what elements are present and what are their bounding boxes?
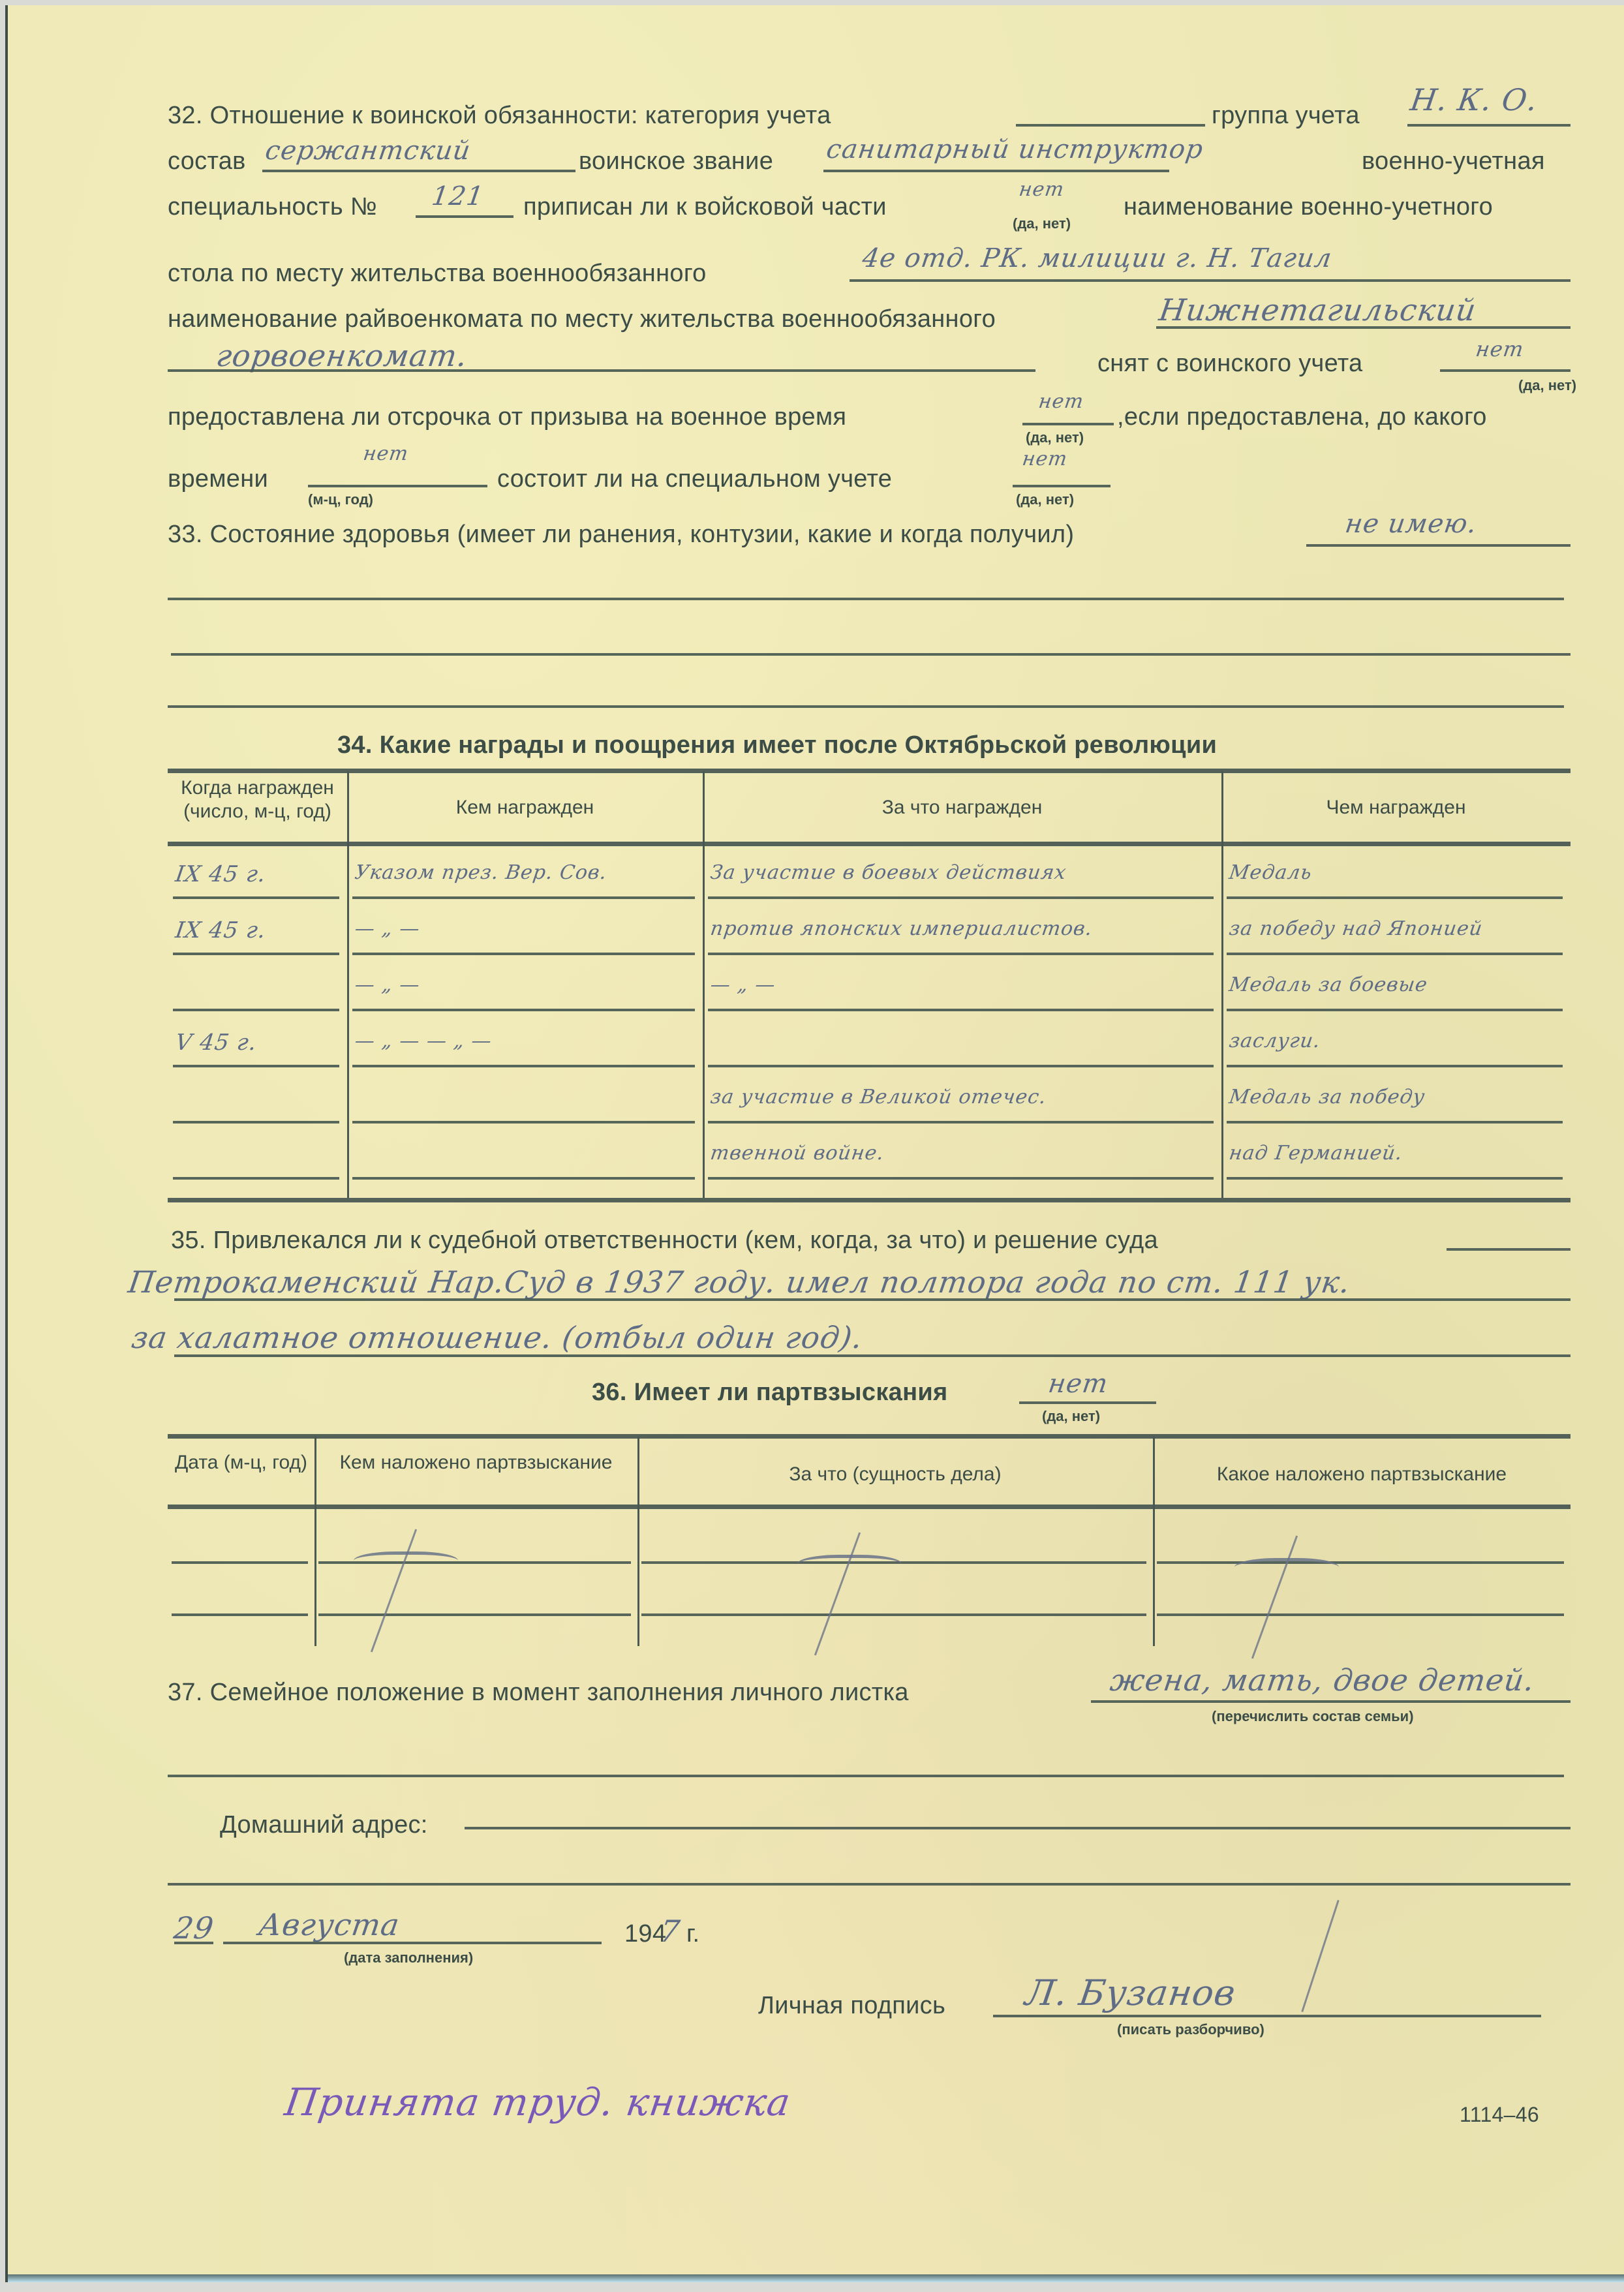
awards-cell-by: Указом през. Вер. Сов. [354, 861, 609, 884]
row-rule [708, 1177, 1214, 1180]
underline [1022, 423, 1114, 425]
s32-label-deferment: предоставлена ли отсрочка от призыва на … [168, 403, 846, 431]
row-rule [352, 1177, 695, 1180]
blank-line [168, 598, 1564, 600]
column-divider [347, 771, 349, 1198]
row-rule [708, 1121, 1214, 1123]
signature-hint: (писать разборчиво) [1117, 2021, 1264, 2038]
row-rule [708, 896, 1214, 899]
s32-label-unit: приписан ли к войсковой части [523, 193, 887, 221]
underline [1156, 326, 1570, 329]
row-rule [173, 896, 339, 899]
cross-out-stroke [797, 1555, 902, 1578]
s33-label: 33. Состояние здоровья (имеет ли ранения… [168, 521, 1074, 549]
row-rule [1227, 1065, 1563, 1067]
awards-cell-what: заслуги. [1228, 1030, 1322, 1052]
s32-label-vus: военно-учетная [1362, 147, 1545, 176]
row-rule [352, 1121, 695, 1123]
date-hint: (дата заполнения) [344, 1949, 473, 1966]
underline [168, 369, 1035, 372]
address-field [465, 1827, 1570, 1829]
signature-flourish [1301, 1900, 1339, 2012]
awards-cell-what: над Германией. [1228, 1142, 1404, 1165]
awards-cell-by: — „ — — „ — [354, 1030, 494, 1052]
underline [174, 1354, 1570, 1357]
s37-label: 37. Семейное положение в момент заполнен… [168, 1679, 909, 1707]
cross-out-stroke [354, 1551, 458, 1574]
underline [308, 485, 487, 487]
awards-header-3: Чем награжден [1221, 796, 1570, 819]
awards-cell-what: Медаль за боевые [1228, 973, 1430, 996]
row-rule [1157, 1561, 1564, 1564]
s32-label-until: ,если предоставлена, до какого [1117, 403, 1487, 431]
row-rule [318, 1613, 631, 1616]
signature-label: Личная подпись [758, 1992, 945, 2020]
awards-cell-by: — „ — [354, 973, 422, 996]
row-rule [708, 953, 1214, 955]
underline [223, 1942, 602, 1944]
row-rule [352, 896, 695, 899]
awards-cell-when: IX 45 г. [174, 917, 268, 943]
s32-label-rank: воинское звание [579, 147, 773, 176]
awards-cell-for: За участие в боевых действиях [709, 861, 1068, 884]
s32-unit-hint: (да, нет) [1013, 215, 1071, 232]
blank-line [171, 653, 1570, 656]
row-rule [172, 1613, 308, 1616]
s32-label-category: 32. Отношение к воинской обязанности: ка… [168, 102, 831, 130]
row-rule [1227, 1009, 1563, 1011]
column-divider [1221, 771, 1223, 1198]
s34-title: 34. Какие награды и поощрения имеет посл… [337, 731, 1217, 759]
cross-out-stroke [371, 1529, 417, 1653]
s32-time-value: нет [362, 442, 410, 465]
address-label: Домашний адрес: [220, 1811, 428, 1839]
underline [174, 1298, 1570, 1301]
s32-composition-value: сержантский [264, 136, 473, 166]
row-rule [173, 1009, 339, 1011]
underline [1407, 124, 1570, 127]
table-top-border [168, 769, 1570, 773]
underline [1447, 1248, 1570, 1251]
s32-group-value: Н. К. О. [1408, 82, 1540, 117]
column-divider [703, 771, 705, 1198]
s32-label-special: состоит ли на специальном учете [497, 465, 892, 493]
penalties-header-3: Какое наложено партвзыскание [1153, 1463, 1570, 1486]
s32-label-military-office: наименование райвоенкомата по месту жите… [168, 305, 996, 333]
row-rule [1227, 1177, 1563, 1180]
row-rule [708, 1065, 1214, 1067]
s32-label-time: времени [168, 465, 268, 493]
awards-cell-what: за победу над Японией [1228, 917, 1484, 940]
row-rule [1227, 896, 1563, 899]
header-bottom-border [168, 1505, 1570, 1509]
s37-hint: (перечислить состав семьи) [1212, 1708, 1414, 1725]
awards-cell-when: V 45 г. [174, 1030, 258, 1056]
row-rule [1227, 953, 1563, 955]
row-rule [641, 1613, 1146, 1616]
cross-out-stroke [1251, 1536, 1298, 1659]
s36-value: нет [1047, 1369, 1110, 1399]
underline [823, 170, 1169, 172]
awards-cell-by: — „ — [354, 917, 422, 940]
underline [850, 279, 1570, 282]
cross-out-stroke [814, 1533, 861, 1656]
awards-cell-when: IX 45 г. [174, 861, 268, 887]
awards-header-0: Когда награжден (число, м-ц, год) [168, 776, 347, 823]
s32-rank-value: санитарный инструктор [825, 134, 1205, 164]
underline [174, 1942, 213, 1944]
s32-category-field [1016, 124, 1205, 127]
s32-military-office-value: Нижнетагильский [1157, 292, 1478, 328]
signature-field [993, 2015, 1541, 2017]
s32-unit-value: нет [1018, 178, 1066, 201]
cross-out-stroke [1234, 1558, 1339, 1581]
s32-deferment-value: нет [1037, 390, 1086, 413]
blank-line [168, 1775, 1564, 1777]
date-day: 29 [172, 1910, 216, 1946]
underline [262, 170, 575, 172]
s32-deregistered-hint: (да, нет) [1518, 377, 1576, 394]
underline [1440, 369, 1570, 372]
row-rule [172, 1561, 308, 1564]
penalties-header-2: За что (сущность дела) [637, 1463, 1153, 1486]
s36-label: 36. Имеет ли партвзыскания [592, 1379, 947, 1407]
awards-header-1: Кем награжден [347, 796, 703, 819]
row-rule [173, 1121, 339, 1123]
s32-deregistered-value: нет [1474, 337, 1525, 361]
s32-label-vus-table: наименование военно-учетного [1124, 193, 1493, 221]
blank-line [168, 1883, 1570, 1886]
s36-hint: (да, нет) [1042, 1408, 1100, 1425]
column-divider [1153, 1437, 1155, 1646]
row-rule [1157, 1613, 1564, 1616]
row-rule [352, 1065, 695, 1067]
row-rule [173, 953, 339, 955]
row-rule [352, 953, 695, 955]
s33-value: не имею. [1343, 509, 1479, 539]
awards-cell-for: твенной войне. [709, 1142, 886, 1165]
row-rule [173, 1177, 339, 1180]
table-bottom-border [168, 1198, 1570, 1202]
s37-value: жена, мать, двое детей. [1108, 1662, 1537, 1698]
s32-time-hint: (м-ц, год) [308, 491, 373, 508]
date-year-suffix: 7 [658, 1914, 682, 1949]
s32-label-group: группа учета [1212, 102, 1360, 130]
underline [1091, 1700, 1570, 1703]
s32-deferment-hint: (да, нет) [1026, 429, 1084, 446]
row-rule [708, 1009, 1214, 1011]
awards-header-2: За что награжден [703, 796, 1221, 819]
underline [1306, 544, 1570, 547]
awards-cell-for: против японских империалистов. [709, 917, 1094, 940]
s35-value-line1: Петрокаменский Нар.Суд в 1937 году. имел… [126, 1264, 1353, 1300]
s32-specialty-value: 121 [430, 181, 486, 211]
s35-label: 35. Привлекался ли к судебной ответствен… [171, 1227, 1158, 1255]
underline [1019, 1401, 1156, 1404]
form-number: 1114–46 [1460, 2103, 1539, 2127]
row-rule [173, 1065, 339, 1067]
penalties-header-0: Дата (м-ц, год) [168, 1451, 314, 1475]
awards-cell-for: — „ — [709, 973, 778, 996]
awards-cell-what: Медаль [1228, 861, 1314, 884]
column-divider [314, 1437, 316, 1646]
s32-military-office-value-cont: горвоенкомат. [214, 338, 470, 373]
s32-special-value: нет [1021, 448, 1069, 470]
row-rule [352, 1009, 695, 1011]
date-month: Августа [256, 1907, 402, 1942]
s32-special-hint: (да, нет) [1016, 491, 1074, 508]
blank-line [168, 705, 1564, 708]
awards-cell-for: за участие в Великой отечес. [709, 1086, 1049, 1108]
violet-annotation: Принята труд. книжка [282, 2080, 793, 2124]
table-top-border [168, 1434, 1570, 1439]
column-divider [637, 1437, 639, 1646]
s32-label-table: стола по месту жительства военнообязанно… [168, 260, 707, 288]
underline [416, 215, 513, 218]
signature-value: Л. Бузанов [1023, 1972, 1238, 2013]
header-bottom-border [168, 842, 1570, 846]
underline [1013, 485, 1111, 487]
s32-label-deregistered: снят с воинского учета [1097, 350, 1362, 378]
s32-label-composition: состав [168, 147, 246, 176]
s32-table-value: 4е отд. РК. милиции г. Н. Тагил [861, 243, 1334, 273]
row-rule [1227, 1121, 1563, 1123]
s32-label-specialty: специальность № [168, 193, 377, 221]
penalties-header-1: Кем наложено партвзыскание [314, 1451, 637, 1475]
date-year-unit: г. [686, 1920, 699, 1948]
document-page: 32. Отношение к воинской обязанности: ка… [5, 5, 1624, 2282]
s35-value-line2: за халатное отношение. (отбыл один год). [129, 1320, 865, 1355]
awards-cell-what: Медаль за победу [1228, 1086, 1427, 1108]
